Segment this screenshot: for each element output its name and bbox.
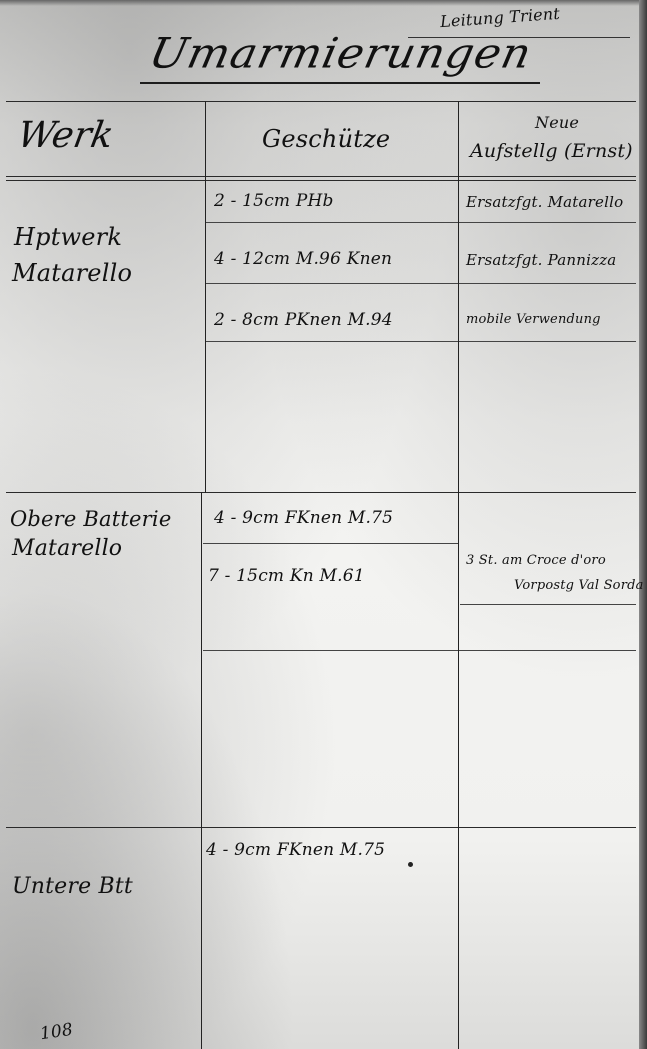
section-rule [6, 492, 636, 493]
gun-entry: 4 - 12cm M.96 Knen [214, 249, 392, 269]
werk-name-line2: Matarello [12, 258, 132, 288]
werk-name-line2: Matarello [12, 534, 122, 564]
werk-name-line1: Obere Batterie [10, 504, 171, 534]
gun-entry: 2 - 8cm PKnen M.94 [214, 310, 393, 330]
corner-note: Leitung Trient [439, 4, 560, 31]
row-rule [206, 283, 636, 284]
row-rule [460, 604, 636, 605]
page-title: Umarmierungen [145, 29, 536, 77]
column-rule-left [205, 101, 206, 493]
destination-entry: Ersatzfgt. Pannizza [466, 251, 616, 269]
column-rule-left-lower [201, 492, 202, 1049]
ink-dot [408, 862, 413, 867]
destination-entry: mobile Verwendung [466, 312, 601, 327]
header-neue-line2: Aufstellg (Ernst) [470, 140, 633, 162]
row-rule [206, 341, 636, 342]
row-rule [203, 543, 459, 544]
section-rule [6, 827, 636, 828]
gun-entry: 2 - 15cm PHb [214, 191, 334, 211]
werk-name-line1: Untere Btt [12, 872, 133, 902]
destination-entry: Ersatzfgt. Matarello [466, 193, 623, 211]
werk-name-line1: Hptwerk [14, 222, 122, 252]
page-number: 108 [39, 1020, 75, 1044]
header-geschuetze: Geschütze [262, 125, 390, 153]
header-werk: Werk [14, 115, 116, 156]
column-rule-right [458, 101, 459, 1049]
row-rule [206, 222, 636, 223]
header-bottom-rule-double [6, 180, 636, 181]
header-bottom-rule [6, 176, 636, 177]
gun-entry: 4 - 9cm FKnen M.75 [214, 508, 393, 528]
header-neue-line1: Neue [535, 113, 579, 132]
table-top-rule [6, 101, 636, 102]
gun-entry: 4 - 9cm FKnen M.75 [206, 840, 385, 860]
destination-entry-line1: 3 St. am Croce d'oro [466, 553, 606, 568]
title-underline [140, 82, 540, 84]
row-rule [203, 650, 636, 651]
scanned-page: Leitung Trient Umarmierungen Werk Geschü… [0, 0, 647, 1049]
gun-entry: 7 - 15cm Kn M.61 [208, 566, 365, 586]
page-right-edge-shadow [639, 0, 647, 1049]
destination-entry-line2: Vorpostg Val Sorda [514, 578, 644, 593]
